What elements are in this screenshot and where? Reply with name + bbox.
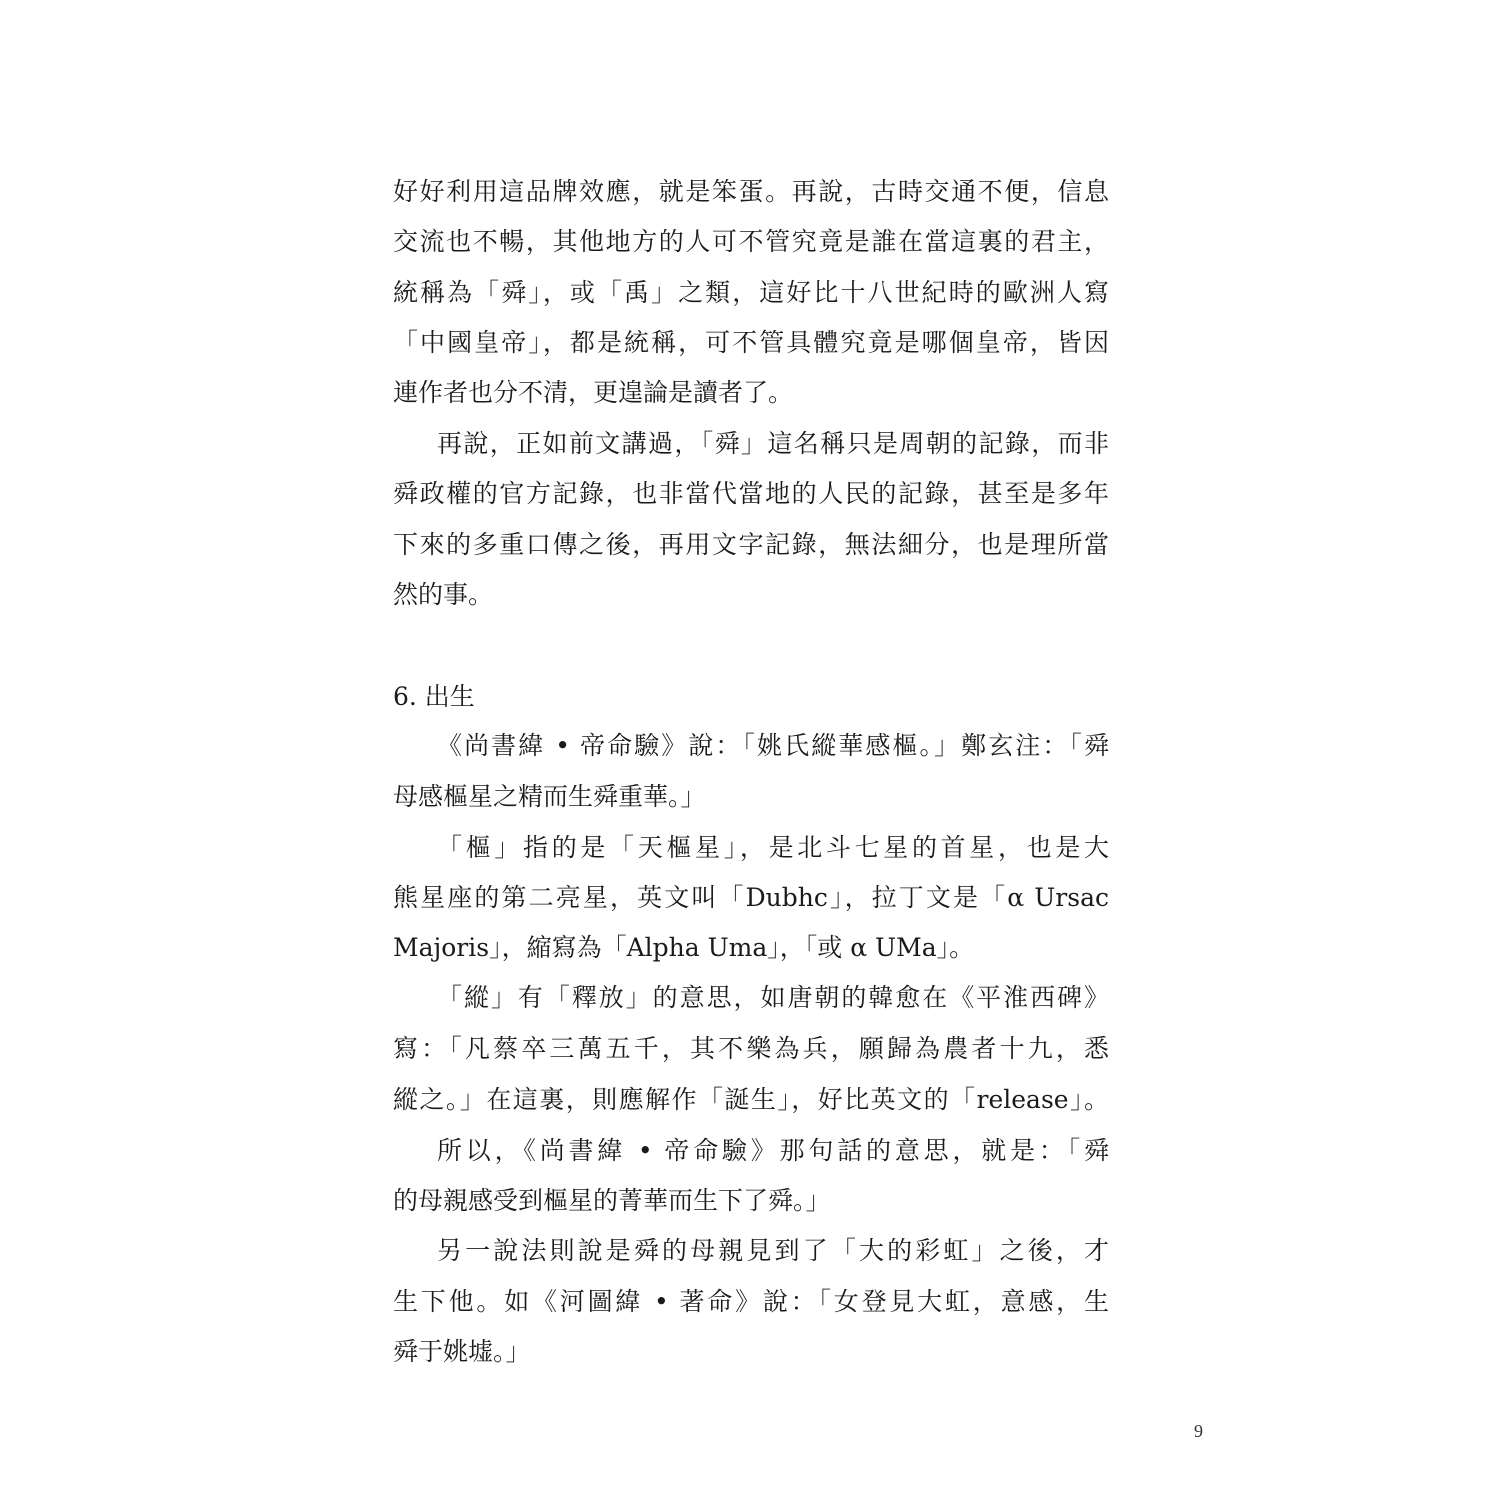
text-line: 另一說法則說是舜的母親見到了「大的彩虹」之後，才 xyxy=(437,1226,1109,1276)
section-heading: 6. 出生 xyxy=(393,672,475,722)
text-line: 交流也不暢，其他地方的人可不管究竟是誰在當這裏的君主， xyxy=(393,217,1109,267)
page-number: 9 xyxy=(1194,1419,1203,1443)
text-line: 縱之。」在這裏，則應解作「誕生」，好比英文的「release」。 xyxy=(393,1075,1109,1125)
text-line: 「中國皇帝」，都是統稱，可不管具體究竟是哪個皇帝，皆因 xyxy=(393,318,1109,368)
text-line: 生下他。如《河圖緯 • 著命》說：「女登見大虹，意感，生 xyxy=(393,1277,1109,1327)
text-line: 的母親感受到樞星的菁華而生下了舜。」 xyxy=(393,1176,1109,1226)
text-line: 下來的多重口傳之後，再用文字記錄，無法細分，也是理所當 xyxy=(393,520,1109,570)
book-page: 好好利用這品牌效應，就是笨蛋。再說，古時交通不便，信息 交流也不暢，其他地方的人… xyxy=(0,0,1500,1500)
text-line: 《尚書緯 • 帝命驗》說：「姚氏縱華感樞。」鄭玄注：「舜 xyxy=(437,721,1109,771)
text-line: 寫：「凡蔡卒三萬五千，其不樂為兵，願歸為農者十九，悉 xyxy=(393,1024,1109,1074)
text-line: 母感樞星之精而生舜重華。」 xyxy=(393,772,1109,822)
text-line: 然的事。 xyxy=(393,570,1109,620)
text-line: 「縱」有「釋放」的意思，如唐朝的韓愈在《平淮西碑》 xyxy=(437,973,1109,1023)
text-line: 舜于姚墟。」 xyxy=(393,1327,1109,1377)
text-line: 舜政權的官方記錄，也非當代當地的人民的記錄，甚至是多年 xyxy=(393,469,1109,519)
text-line: 再說，正如前文講過，「舜」這名稱只是周朝的記錄，而非 xyxy=(437,419,1109,469)
text-line: 所以，《尚書緯 • 帝命驗》那句話的意思，就是：「舜 xyxy=(437,1126,1109,1176)
text-line: 「樞」指的是「天樞星」，是北斗七星的首星，也是大 xyxy=(437,823,1109,873)
text-line: Majoris」，縮寫為「Alpha Uma」，「或 α UMa」。 xyxy=(393,923,1109,973)
text-line: 好好利用這品牌效應，就是笨蛋。再說，古時交通不便，信息 xyxy=(393,167,1109,217)
text-line: 統稱為「舜」，或「禹」之類，這好比十八世紀時的歐洲人寫 xyxy=(393,268,1109,318)
text-line: 熊星座的第二亮星，英文叫「Dubhc」，拉丁文是「α Ursac xyxy=(393,873,1109,923)
text-line: 連作者也分不清，更遑論是讀者了。 xyxy=(393,368,1109,418)
